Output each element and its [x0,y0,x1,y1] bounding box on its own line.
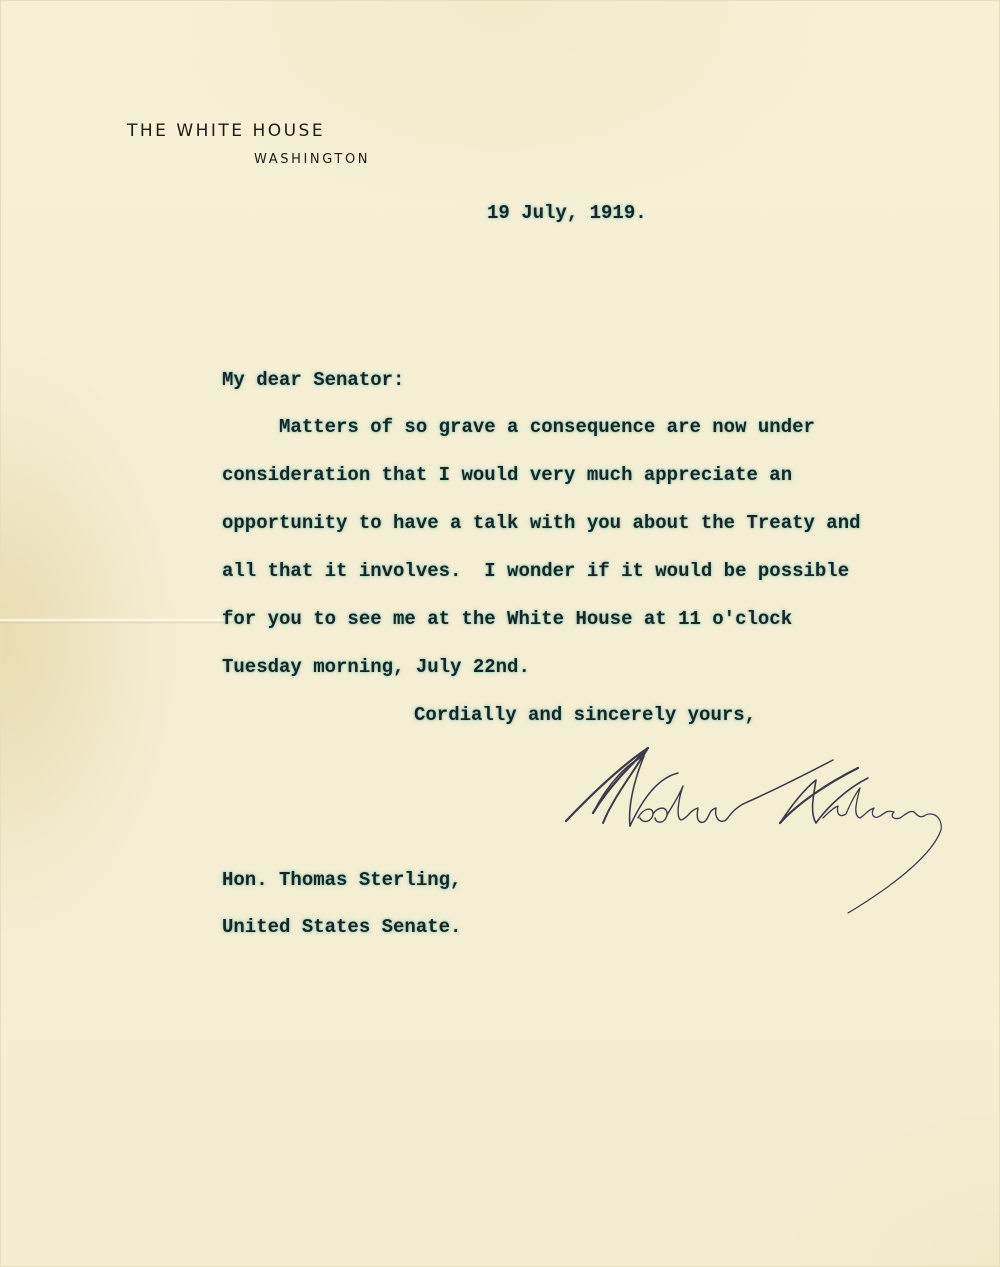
body-line: all that it involves. I wonder if it wou… [222,562,849,581]
body-line: for you to see me at the White House at … [222,610,792,629]
body-line: Tuesday morning, July 22nd. [222,658,530,677]
addressee-name: Hon. Thomas Sterling, [222,871,461,890]
closing: Cordially and sincerely yours, [414,706,756,725]
letterhead-city: WASHINGTON [254,152,370,167]
letterhead-title: THE WHITE HOUSE [127,121,325,141]
body-line: consideration that I would very much app… [222,466,792,485]
body-line: Matters of so grave a consequence are no… [222,418,815,437]
signature-woodrow-wilson [548,738,958,918]
letter-page: THE WHITE HOUSE WASHINGTON 19 July, 1919… [0,0,1000,1267]
paper-fold-crease [0,618,240,624]
addressee-title: United States Senate. [222,918,461,937]
salutation: My dear Senator: [222,371,404,390]
body-line: opportunity to have a talk with you abou… [222,514,861,533]
letter-date: 19 July, 1919. [487,204,647,223]
